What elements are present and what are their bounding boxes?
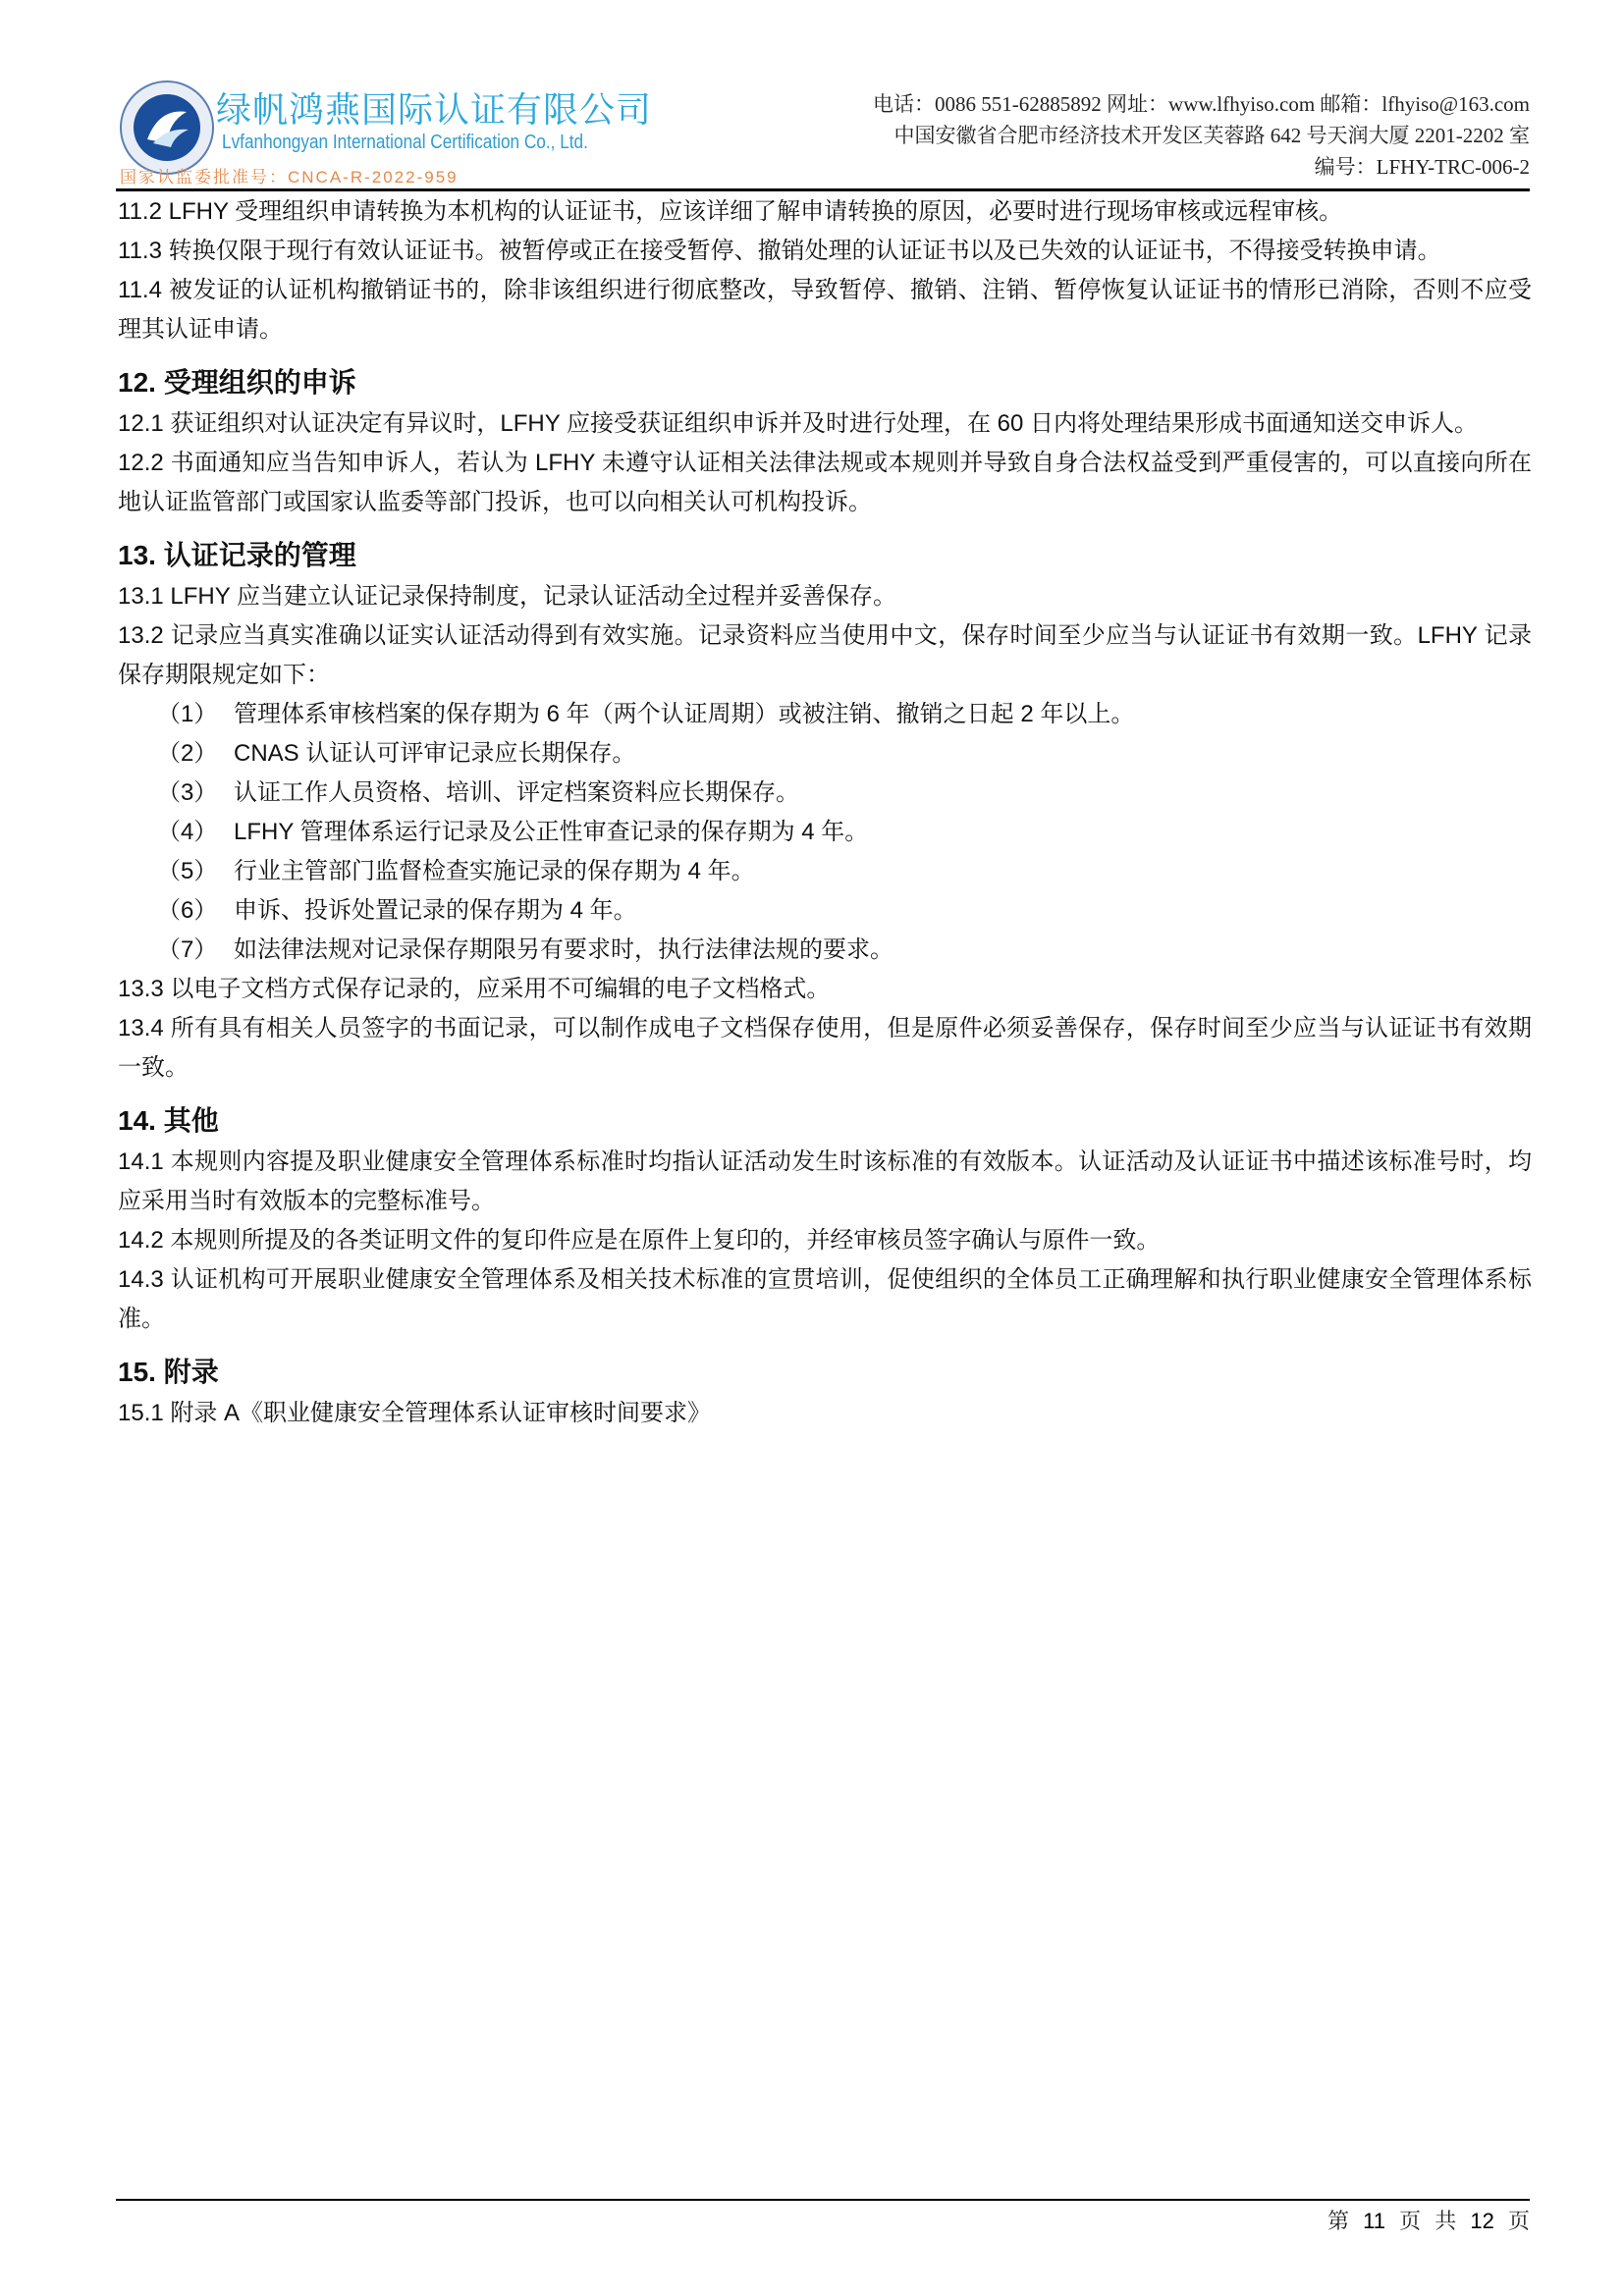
company-name-en: Lvfanhongyan International Certification… bbox=[222, 132, 588, 154]
clause-14-1: 14.1 本规则内容提及职业健康安全管理体系标准时均指认证活动发生时该标准的有效… bbox=[118, 1143, 1532, 1221]
clause-14-3: 14.3 认证机构可开展职业健康安全管理体系及相关技术标准的宣贯培训，促使组织的… bbox=[118, 1260, 1532, 1339]
section-13-heading: 13. 认证记录的管理 bbox=[118, 534, 1532, 577]
list-item: （5）行业主管部门监督检查实施记录的保存期为 4 年。 bbox=[118, 852, 1532, 891]
page-header: 绿帆鸿燕国际认证有限公司 Lvfanhongyan International … bbox=[116, 71, 1530, 187]
clause-13-2: 13.2 记录应当真实准确以证实认证活动得到有效实施。记录资料应当使用中文，保存… bbox=[118, 616, 1532, 695]
list-item: （3）认证工作人员资格、培训、评定档案资料应长期保存。 bbox=[118, 774, 1532, 813]
clause-11-2: 11.2 LFHY 受理组织申请转换为本机构的认证证书，应该详细了解申请转换的原… bbox=[118, 192, 1532, 232]
company-logo-icon bbox=[118, 79, 216, 177]
clause-15-1: 15.1 附录 A《职业健康安全管理体系认证审核时间要求》 bbox=[118, 1394, 1532, 1433]
contact-phone-web-email: 电话：0086 551-62885892 网址：www.lfhyiso.com … bbox=[873, 88, 1530, 120]
clause-11-4: 11.4 被发证的认证机构撤销证书的，除非该组织进行彻底整改，导致暂停、撤销、注… bbox=[118, 271, 1532, 349]
contact-info: 电话：0086 551-62885892 网址：www.lfhyiso.com … bbox=[873, 88, 1530, 183]
retention-list: （1）管理体系审核档案的保存期为 6 年（两个认证周期）或被注销、撤销之日起 2… bbox=[118, 695, 1532, 970]
current-page: 11 bbox=[1363, 2209, 1385, 2233]
clause-13-3: 13.3 以电子文档方式保存记录的，应采用不可编辑的电子文档格式。 bbox=[118, 970, 1532, 1009]
list-item: （7）如法律法规对记录保存期限另有要求时，执行法律法规的要求。 bbox=[118, 931, 1532, 970]
section-12-heading: 12. 受理组织的申诉 bbox=[118, 361, 1532, 404]
approval-number: 国家认监委批准号：CNCA-R-2022-959 bbox=[120, 163, 459, 187]
company-name-cn: 绿帆鸿燕国际认证有限公司 bbox=[216, 82, 652, 133]
list-item: （6）申诉、投诉处置记录的保存期为 4 年。 bbox=[118, 891, 1532, 931]
section-14-heading: 14. 其他 bbox=[118, 1099, 1532, 1143]
page-number: 第 11 页 共 12 页 bbox=[1327, 2205, 1530, 2235]
clause-13-4: 13.4 所有具有相关人员签字的书面记录，可以制作成电子文档保存使用，但是原件必… bbox=[118, 1009, 1532, 1088]
clause-13-1: 13.1 LFHY 应当建立认证记录保持制度，记录认证活动全过程并妥善保存。 bbox=[118, 577, 1532, 616]
footer-divider bbox=[116, 2199, 1530, 2201]
clause-12-1: 12.1 获证组织对认证决定有异议时，LFHY 应接受获证组织申诉并及时进行处理… bbox=[118, 404, 1532, 444]
header-divider bbox=[116, 188, 1530, 191]
document-number: 编号：LFHY-TRC-006-2 bbox=[873, 151, 1530, 183]
clause-14-2: 14.2 本规则所提及的各类证明文件的复印件应是在原件上复印的，并经审核员签字确… bbox=[118, 1221, 1532, 1260]
list-item: （2）CNAS 认证认可评审记录应长期保存。 bbox=[118, 734, 1532, 774]
list-item: （4）LFHY 管理体系运行记录及公正性审查记录的保存期为 4 年。 bbox=[118, 813, 1532, 852]
contact-address: 中国安徽省合肥市经济技术开发区芙蓉路 642 号天润大厦 2201-2202 室 bbox=[873, 120, 1530, 151]
clause-12-2: 12.2 书面通知应当告知申诉人，若认为 LFHY 未遵守认证相关法律法规或本规… bbox=[118, 444, 1532, 522]
section-15-heading: 15. 附录 bbox=[118, 1351, 1532, 1394]
list-item: （1）管理体系审核档案的保存期为 6 年（两个认证周期）或被注销、撤销之日起 2… bbox=[118, 695, 1532, 734]
clause-11-3: 11.3 转换仅限于现行有效认证证书。被暂停或正在接受暂停、撤销处理的认证证书以… bbox=[118, 232, 1532, 271]
document-body: 11.2 LFHY 受理组织申请转换为本机构的认证证书，应该详细了解申请转换的原… bbox=[118, 192, 1532, 1433]
total-pages: 12 bbox=[1470, 2209, 1493, 2233]
